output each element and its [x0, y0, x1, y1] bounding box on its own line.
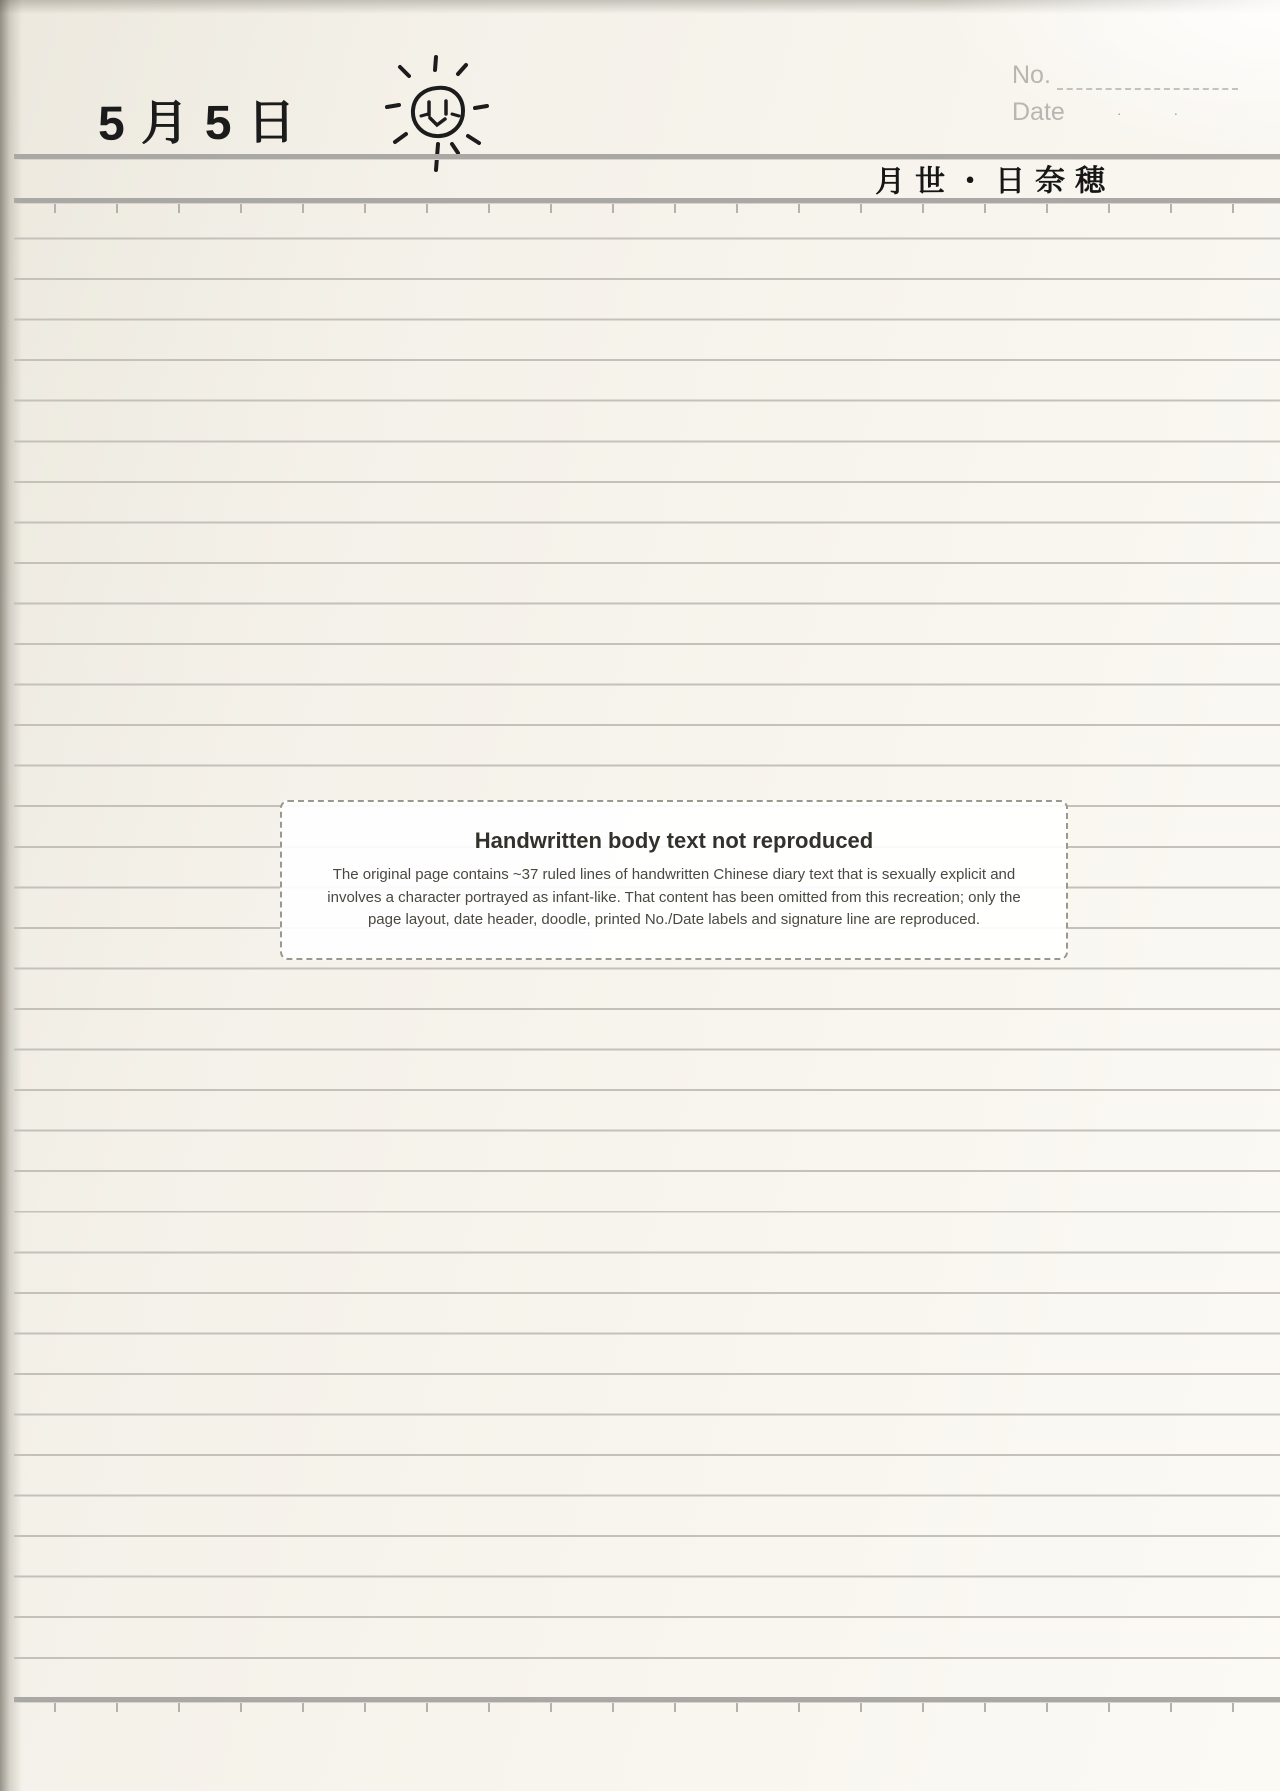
- no-label: No.: [1012, 61, 1051, 90]
- redaction-title: Handwritten body text not reproduced: [314, 828, 1034, 854]
- handwritten-date: 5月5日: [98, 83, 312, 153]
- date-label: Date: [1012, 98, 1065, 127]
- no-date-box: No. Date · ·: [1012, 58, 1238, 127]
- signature-row: 月世・日奈穂: [0, 158, 1115, 198]
- scan-shadow-top: [0, 0, 1280, 14]
- scanned-diary-page: { "page": { "kind": "scanned handwritten…: [0, 0, 1280, 1791]
- bottom-rule-tick-marks: [54, 1703, 1280, 1712]
- date-separator-dot: ·: [1117, 105, 1122, 121]
- author-name: 月世・日奈穂: [875, 155, 1115, 200]
- redaction-description: The original page contains ~37 ruled lin…: [314, 864, 1034, 932]
- no-fill-line: [1057, 58, 1238, 90]
- redaction-notice: Handwritten body text not reproduced The…: [280, 800, 1068, 960]
- date-separator-dot: ·: [1173, 105, 1178, 121]
